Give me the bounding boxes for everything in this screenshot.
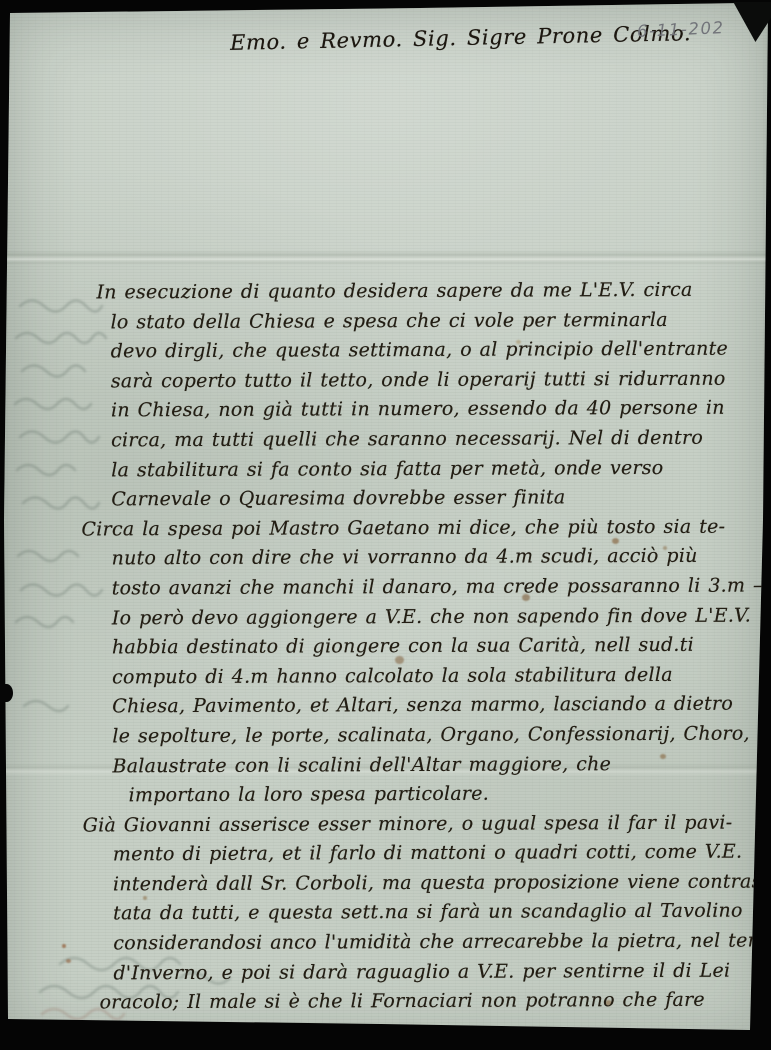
letter-line: d'Inverno, e poi si darà raguaglio a V.E… — [113, 956, 747, 988]
letter-line: intenderà dall Sr. Corboli, ma questa pr… — [113, 867, 747, 899]
letter-line: Balaustrate con li scalini dell'Altar ma… — [112, 749, 746, 781]
paragraph: In esecuzione di quanto desidera sapere … — [80, 276, 745, 516]
letter-line: habbia destinato di giongere con la sua … — [112, 631, 746, 663]
letter-line: tosto avanzi che manchi il danaro, ma cr… — [112, 571, 746, 603]
letter-body: In esecuzione di quanto desidera sapere … — [80, 276, 747, 1019]
letter-line: nuto alto con dire che vi vorranno da 4.… — [112, 542, 746, 574]
letter-line: tata da tutti, e questa sett.na si farà … — [113, 897, 747, 929]
letter-line: Carnevale o Quaresima dovrebbe esser fin… — [111, 483, 745, 515]
edge-nick — [0, 684, 13, 702]
letter-line: computo di 4.m hanno calcolato la sola s… — [112, 660, 746, 692]
letter-line: sarà coperto tutto il tetto, onde li ope… — [111, 364, 745, 396]
letter-line: Io però devo aggiongere a V.E. che non s… — [112, 601, 746, 633]
scanned-letter: Emo. e Revmo. Sig. Sigre Prone Colmo. 6-… — [0, 0, 771, 1050]
letter-line: devo dirgli, che questa settimana, o al … — [111, 335, 745, 367]
letter-line: circa, ma tutti quelli che saranno neces… — [111, 424, 745, 456]
letter-line: oracolo; Il male si è che li Fornaciari … — [99, 986, 747, 1018]
manuscript-page: Emo. e Revmo. Sig. Sigre Prone Colmo. 6-… — [0, 0, 771, 1050]
letter-line: Già Giovanni asserisce esser minore, o u… — [83, 808, 747, 840]
paragraph: Circa la spesa poi Mastro Gaetano mi dic… — [81, 512, 746, 811]
letter-line: le sepolture, le porte, scalinata, Organ… — [112, 719, 746, 751]
letter-line: In esecuzione di quanto desidera sapere … — [96, 276, 744, 308]
letter-line: Circa la spesa poi Mastro Gaetano mi dic… — [81, 512, 745, 544]
letter-line: lo stato della Chiesa e spesa che ci vol… — [111, 305, 745, 337]
letter-line: in Chiesa, non già tutti in numero, esse… — [111, 394, 745, 426]
letter-line: la stabilitura si fa conto sia fatta per… — [111, 453, 745, 485]
letter-line: Chiesa, Pavimento, et Altari, senza marm… — [112, 690, 746, 722]
archival-number: 6-11-202 — [637, 18, 725, 41]
paragraph: Già Giovanni asserisce esser minore, o u… — [83, 808, 748, 1018]
letter-line: considerandosi anco l'umidità che arreca… — [113, 927, 747, 959]
letter-line: mento di pietra, et il farlo di mattoni … — [113, 838, 747, 870]
letter-line: importano la loro spesa particolare. — [129, 779, 747, 811]
